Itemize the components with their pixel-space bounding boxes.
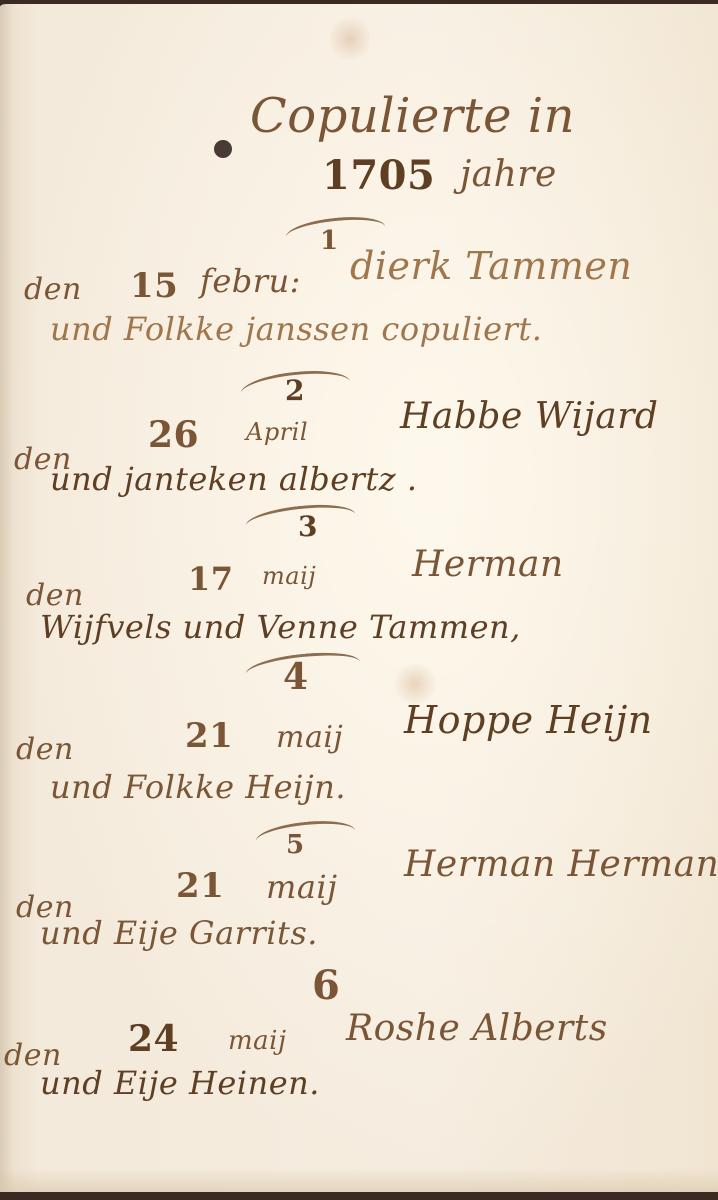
entry-month: maij <box>228 1026 287 1056</box>
entry-month: April <box>246 418 308 446</box>
heading-year: 1705 <box>322 152 435 199</box>
heading-jahre: jahre <box>460 154 557 195</box>
entry-names: Herman Hermans <box>404 844 718 885</box>
entry-line2: Wijfvels und Venne Tammen, <box>40 608 521 646</box>
entry-month: febru: <box>200 262 301 300</box>
entry-number: 4 <box>283 656 309 698</box>
entry-line2: und janteken albertz . <box>50 460 417 498</box>
entry-day: 26 <box>148 414 199 456</box>
entry-line2: und Eije Heinen. <box>40 1064 320 1102</box>
entry-names: dierk Tammen <box>350 244 632 288</box>
entry-month: maij <box>262 562 316 590</box>
ink-blot <box>214 140 232 158</box>
manuscript-page: Copulierte in 1705 jahre 1 den 15 febru:… <box>0 4 718 1192</box>
entry-number: 2 <box>285 374 305 407</box>
entry-number: 5 <box>286 830 305 860</box>
entry-number: 3 <box>298 510 318 543</box>
entry-names: Herman <box>412 544 564 585</box>
paper-stain <box>330 14 370 64</box>
entry-line2: und Folkke janssen copuliert. <box>50 310 542 348</box>
entry-number: 6 <box>312 962 340 1009</box>
entry-names: Roshe Alberts <box>346 1008 608 1049</box>
entry-number: 1 <box>320 226 339 256</box>
entry-month: maij <box>276 720 343 755</box>
entry-month: maij <box>266 868 338 906</box>
entry-prefix: den <box>24 272 82 307</box>
entry-day: 17 <box>188 560 234 598</box>
entry-day: 24 <box>128 1018 179 1060</box>
entry-day: 21 <box>176 866 224 906</box>
entry-day: 15 <box>130 266 178 306</box>
entry-day: 21 <box>185 716 233 756</box>
entry-prefix: den <box>16 732 74 767</box>
entry-names: Habbe Wijard <box>400 396 658 437</box>
number-flourish <box>254 817 355 844</box>
entry-line2: und Folkke Heijn. <box>50 768 346 806</box>
entry-names: Hoppe Heijn <box>404 698 653 742</box>
heading-copulierte: Copulierte in <box>250 88 575 144</box>
entry-line2: und Eije Garrits. <box>40 914 318 952</box>
